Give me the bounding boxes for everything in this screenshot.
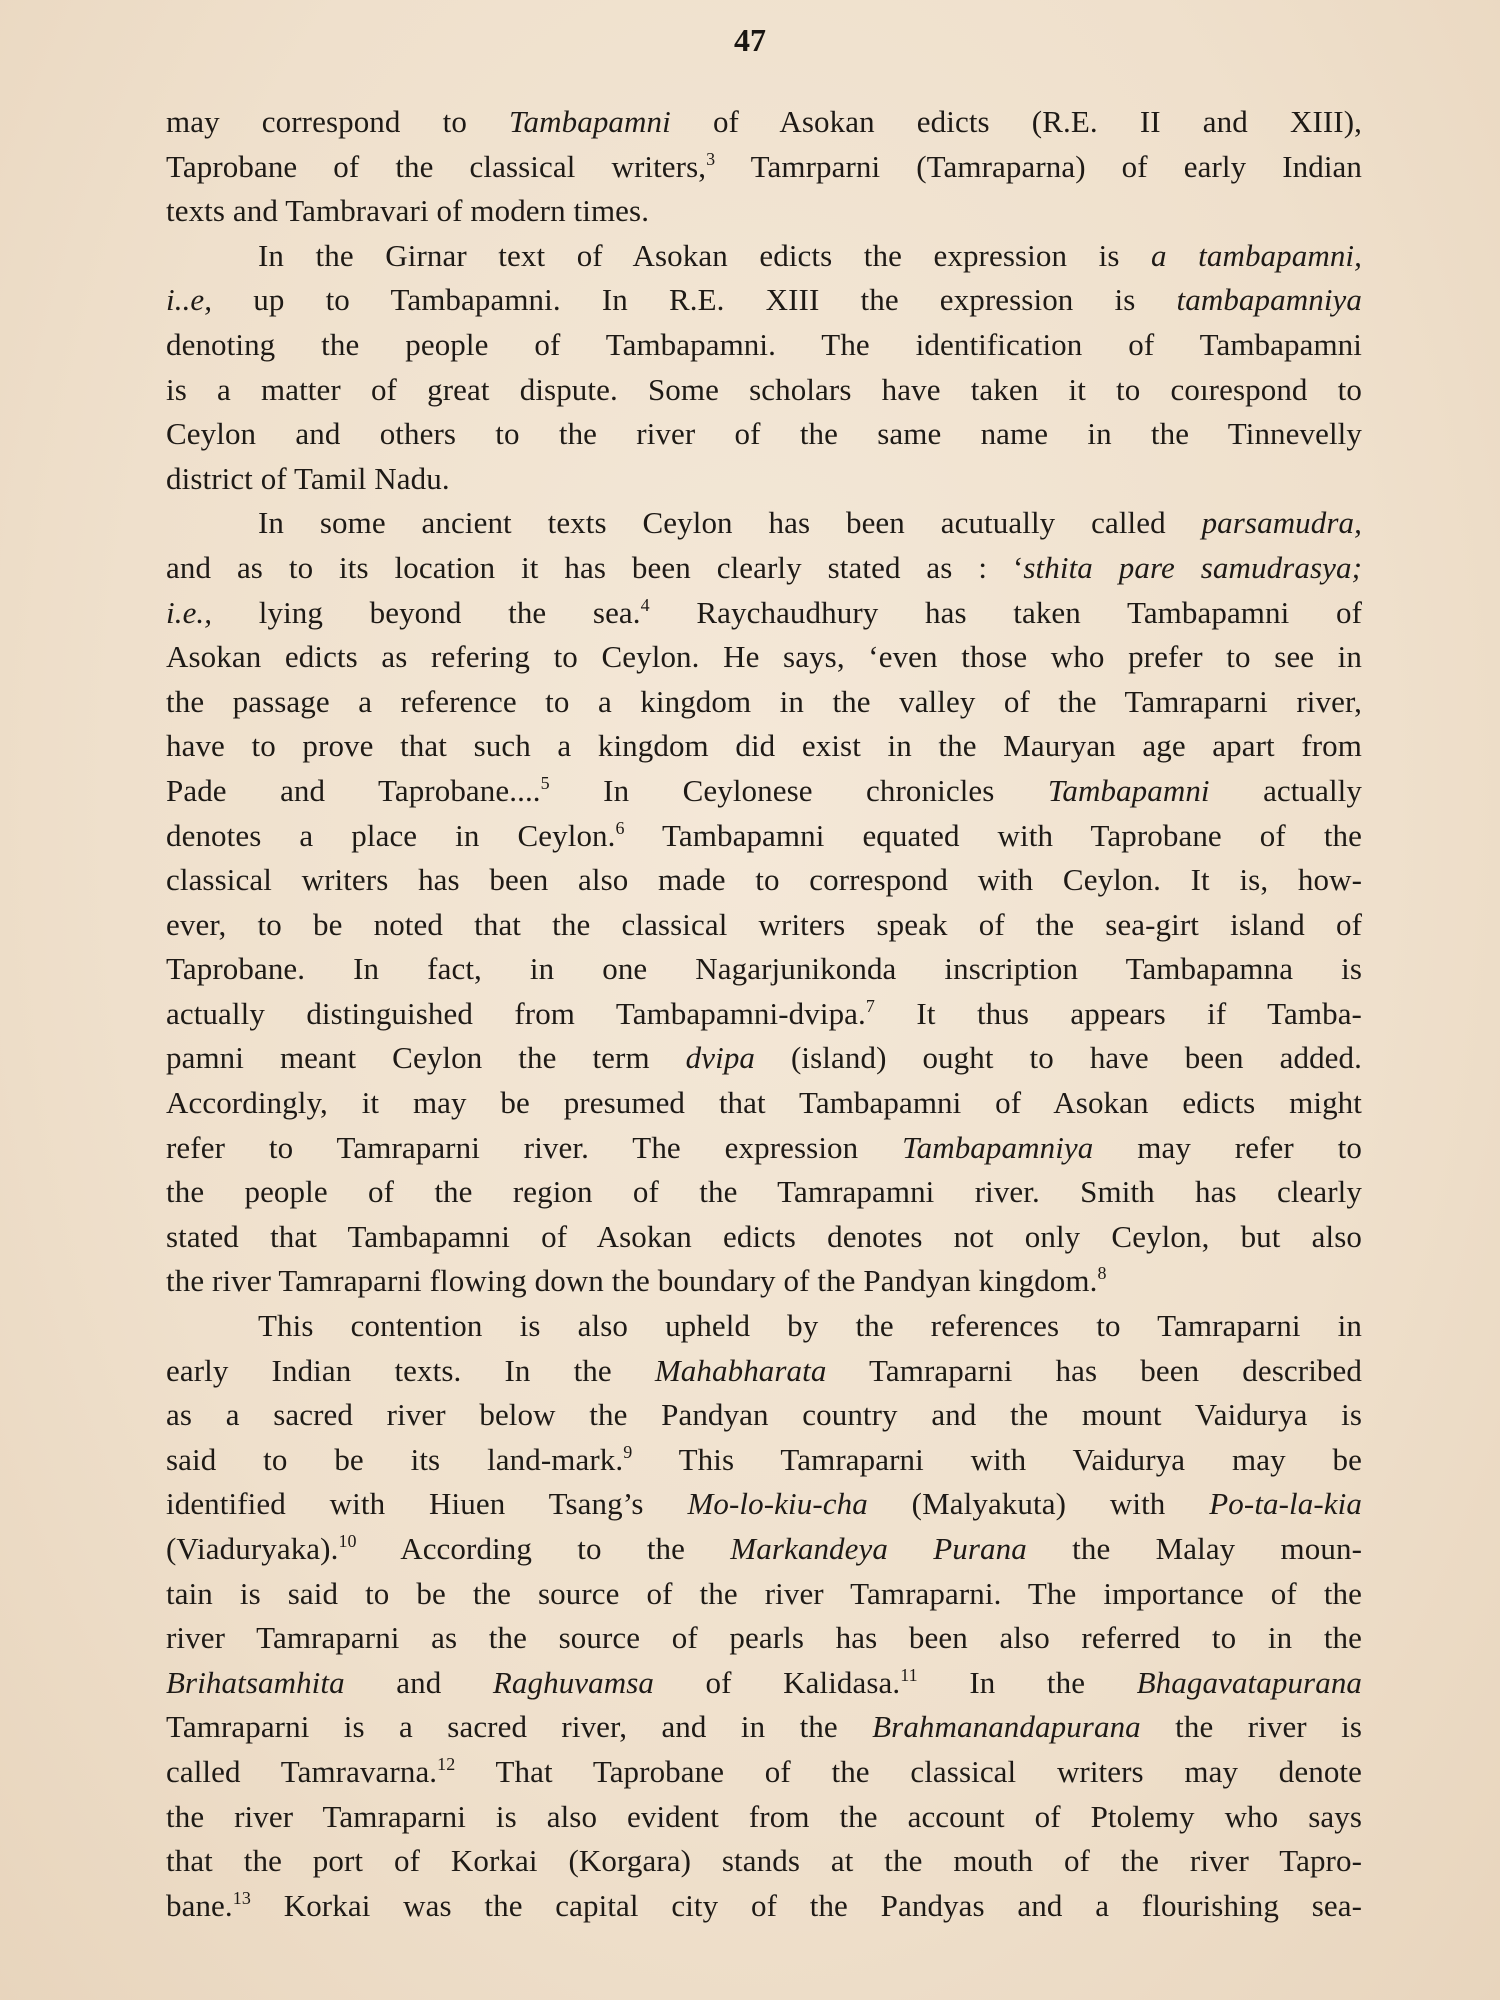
text-run: and (345, 1665, 493, 1700)
text-run: (island) ought to have been added. (755, 1040, 1362, 1075)
text-line: Accordingly, it may be presumed that Tam… (166, 1081, 1362, 1126)
text-line: Taprobane of the classical writers,3 Tam… (166, 145, 1362, 190)
text-run: It thus appears if Tamba- (875, 996, 1362, 1031)
footnote-marker: 7 (866, 996, 875, 1016)
text-run: Accordingly, it may be presumed that Tam… (166, 1085, 1362, 1120)
text-run: In some ancient texts Ceylon has been ac… (258, 505, 1202, 540)
text-line: as a sacred river below the Pandyan coun… (166, 1393, 1362, 1438)
text-line: Asokan edicts as refering to Ceylon. He … (166, 635, 1362, 680)
text-run: (Viaduryaka). (166, 1531, 338, 1566)
footnote-marker: 5 (541, 773, 550, 793)
text-run: Tamraparni has been described (826, 1353, 1362, 1388)
text-line: the river Tamraparni flowing down the bo… (166, 1259, 1362, 1304)
text-line: and as to its location it has been clear… (166, 546, 1362, 591)
italic-term: tambapamniya (1177, 282, 1362, 317)
text-run: as a sacred river below the Pandyan coun… (166, 1397, 1362, 1432)
text-line: said to be its land-mark.9 This Tamrapar… (166, 1438, 1362, 1483)
text-run: lying beyond the sea. (212, 595, 641, 630)
text-run: According to the (357, 1531, 731, 1566)
body-text: may correspond to Tambapamni of Asokan e… (166, 100, 1362, 1928)
italic-term: parsamudra, (1202, 505, 1362, 540)
text-line: the passage a reference to a kingdom in … (166, 680, 1362, 725)
text-run: the passage a reference to a kingdom in … (166, 684, 1362, 719)
text-run: said to be its land-mark. (166, 1442, 623, 1477)
text-line: called Tamravarna.12 That Taprobane of t… (166, 1750, 1362, 1795)
text-run: identified with Hiuen Tsang’s (166, 1486, 687, 1521)
footnote-marker: 4 (641, 595, 650, 615)
text-line: that the port of Korkai (Korgara) stands… (166, 1839, 1362, 1884)
text-run: the Malay moun- (1027, 1531, 1362, 1566)
italic-term: i.e., (166, 595, 212, 630)
text-run: the people of the region of the Tamrapam… (166, 1174, 1362, 1209)
text-line: ever, to be noted that the classical wri… (166, 903, 1362, 948)
paragraph-first-line: In some ancient texts Ceylon has been ac… (166, 501, 1362, 546)
text-line: identified with Hiuen Tsang’s Mo-lo-kiu-… (166, 1482, 1362, 1527)
text-run: actually (1210, 773, 1362, 808)
paragraph-first-line: This contention is also upheld by the re… (166, 1304, 1362, 1349)
text-run: river Tamraparni as the source of pearls… (166, 1620, 1362, 1655)
text-run: the river is (1141, 1709, 1362, 1744)
text-line: actually distinguished from Tambapamni-d… (166, 992, 1362, 1037)
text-run: That Taprobane of the classical writers … (455, 1754, 1362, 1789)
italic-term: Raghuvamsa (493, 1665, 654, 1700)
text-run: is a matter of great dispute. Some schol… (166, 372, 1362, 407)
text-line: texts and Tambravari of modern times. (166, 189, 1362, 234)
italic-term: Tambapamniya (902, 1130, 1093, 1165)
footnote-marker: 6 (616, 818, 625, 838)
text-line: bane.13 Korkai was the capital city of t… (166, 1884, 1362, 1929)
text-line: the river Tamraparni is also evident fro… (166, 1795, 1362, 1840)
text-line: may correspond to Tambapamni of Asokan e… (166, 100, 1362, 145)
text-line: tain is said to be the source of the riv… (166, 1572, 1362, 1617)
text-line: i..e, up to Tambapamni. In R.E. XIII the… (166, 278, 1362, 323)
text-line: have to prove that such a kingdom did ex… (166, 724, 1362, 769)
italic-term: i..e, (166, 282, 212, 317)
text-line: i.e., lying beyond the sea.4 Raychaudhur… (166, 591, 1362, 636)
italic-term: Mahabharata (655, 1353, 827, 1388)
text-line: Tamraparni is a sacred river, and in the… (166, 1705, 1362, 1750)
footnote-marker: 10 (338, 1531, 356, 1551)
text-run: called Tamravarna. (166, 1754, 437, 1789)
text-line: pamni meant Ceylon the term dvipa (islan… (166, 1036, 1362, 1081)
text-run: actually distinguished from Tambapamni-d… (166, 996, 866, 1031)
text-line: river Tamraparni as the source of pearls… (166, 1616, 1362, 1661)
text-line: Taprobane. In fact, in one Nagarjunikond… (166, 947, 1362, 992)
text-run: This contention is also upheld by the re… (258, 1308, 1362, 1343)
text-run: Ceylon and others to the river of the sa… (166, 416, 1362, 451)
italic-term: sthita pare samudrasya; (1023, 550, 1362, 585)
text-line: early Indian texts. In the Mahabharata T… (166, 1349, 1362, 1394)
text-run: up to Tambapamni. In R.E. XIII the expre… (212, 282, 1176, 317)
text-run: In Ceylonese chronicles (550, 773, 1048, 808)
text-run: Taprobane. In fact, in one Nagarjunikond… (166, 951, 1362, 986)
italic-term: a tambapamni, (1151, 238, 1362, 273)
text-run: Tamrparni (Tamraparna) of early Indian (715, 149, 1362, 184)
text-run: tain is said to be the source of the riv… (166, 1576, 1362, 1611)
text-line: stated that Tambapamni of Asokan edicts … (166, 1215, 1362, 1260)
text-line: denoting the people of Tambapamni. The i… (166, 323, 1362, 368)
text-line: refer to Tamraparni river. The expressio… (166, 1126, 1362, 1171)
text-line: classical writers has been also made to … (166, 858, 1362, 903)
text-run: refer to Tamraparni river. The expressio… (166, 1130, 902, 1165)
paragraph-first-line: In the Girnar text of Asokan edicts the … (166, 234, 1362, 279)
text-run: bane. (166, 1888, 233, 1923)
text-line: the people of the region of the Tamrapam… (166, 1170, 1362, 1215)
footnote-marker: 12 (437, 1754, 455, 1774)
text-run: Pade and Taprobane.... (166, 773, 541, 808)
text-line: is a matter of great dispute. Some schol… (166, 368, 1362, 413)
text-run: stated that Tambapamni of Asokan edicts … (166, 1219, 1362, 1254)
text-run: In the Girnar text of Asokan edicts the … (258, 238, 1151, 273)
italic-term: Bhagavatapurana (1137, 1665, 1362, 1700)
text-line: Brihatsamhita and Raghuvamsa of Kalidasa… (166, 1661, 1362, 1706)
text-run: Korkai was the capital city of the Pandy… (251, 1888, 1362, 1923)
text-run: Raychaudhury has taken Tambapamni of (650, 595, 1362, 630)
text-run: the river Tamraparni is also evident fro… (166, 1799, 1362, 1834)
text-run: have to prove that such a kingdom did ex… (166, 728, 1362, 763)
text-run: denoting the people of Tambapamni. The i… (166, 327, 1362, 362)
italic-term: Po-ta-la-kia (1209, 1486, 1362, 1521)
text-run: of Asokan edicts (R.E. II and XIII), (671, 104, 1362, 139)
text-run: Tamraparni is a sacred river, and in the (166, 1709, 872, 1744)
text-run: Asokan edicts as refering to Ceylon. He … (166, 639, 1362, 674)
text-run: Tambapamni equated with Taprobane of the (625, 818, 1362, 853)
page-number: 47 (0, 22, 1500, 59)
footnote-marker: 11 (900, 1665, 918, 1685)
footnote-marker: 3 (706, 149, 715, 169)
footnote-marker: 8 (1097, 1263, 1106, 1283)
text-run: In the (918, 1665, 1137, 1700)
text-run: denotes a place in Ceylon. (166, 818, 616, 853)
italic-term: dvipa (686, 1040, 755, 1075)
italic-term: Brahmanandapurana (872, 1709, 1141, 1744)
text-run: of Kalidasa. (654, 1665, 900, 1700)
italic-term: Tambapamni (1048, 773, 1210, 808)
text-run: Taprobane of the classical writers, (166, 149, 706, 184)
text-run: district of Tamil Nadu. (166, 461, 450, 496)
text-run: the river Tamraparni flowing down the bo… (166, 1263, 1097, 1298)
text-run: may refer to (1093, 1130, 1362, 1165)
text-line: Pade and Taprobane....5 In Ceylonese chr… (166, 769, 1362, 814)
italic-term: Brihatsamhita (166, 1665, 345, 1700)
text-run: texts and Tambravari of modern times. (166, 193, 649, 228)
italic-term: Tambapamni (509, 104, 671, 139)
italic-term: Markandeya Purana (730, 1531, 1027, 1566)
text-run: This Tamraparni with Vaidurya may be (632, 1442, 1362, 1477)
text-run: and as to its location it has been clear… (166, 550, 1023, 585)
text-run: early Indian texts. In the (166, 1353, 655, 1388)
footnote-marker: 9 (623, 1442, 632, 1462)
italic-term: Mo-lo-kiu-cha (687, 1486, 867, 1521)
text-line: (Viaduryaka).10 According to the Markand… (166, 1527, 1362, 1572)
text-run: pamni meant Ceylon the term (166, 1040, 686, 1075)
text-run: (Malyakuta) with (868, 1486, 1209, 1521)
text-line: Ceylon and others to the river of the sa… (166, 412, 1362, 457)
footnote-marker: 13 (233, 1888, 251, 1908)
text-line: district of Tamil Nadu. (166, 457, 1362, 502)
text-run: ever, to be noted that the classical wri… (166, 907, 1362, 942)
text-run: classical writers has been also made to … (166, 862, 1362, 897)
text-run: may correspond to (166, 104, 509, 139)
text-run: that the port of Korkai (Korgara) stands… (166, 1843, 1362, 1878)
text-line: denotes a place in Ceylon.6 Tambapamni e… (166, 814, 1362, 859)
